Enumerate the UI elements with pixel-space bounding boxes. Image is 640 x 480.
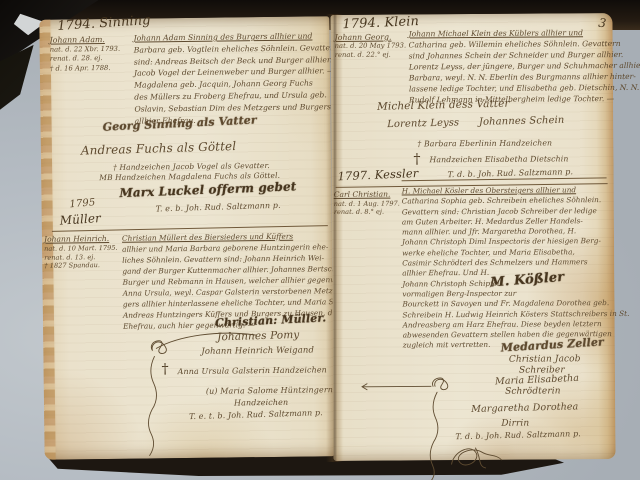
left-page: 1794. Sinning Johann Adam.nat. d. 22 Xbr… xyxy=(39,16,334,460)
signature-father-sinning: Georg Sinning als Vatter xyxy=(102,114,257,133)
entry-body-kessler: H. Michael Kösler des Obersteigers allhi… xyxy=(402,185,611,351)
entry-header-sinning: 1794. Sinning xyxy=(57,14,151,34)
margin-note-johann-adam: Johann Adam.nat. d. 22 Xbr. 1793.renat. … xyxy=(50,35,121,74)
mark-line-barbara-eberlin: † Barbara Eberlinin Handzeichen xyxy=(417,139,552,148)
mark-line-elisabetha-dietschin: Handzeichen Elisabetha Dietschin xyxy=(429,155,568,164)
witness-dirrin: Dirrin xyxy=(501,420,529,430)
open-book: 1794. Sinning Johann Adam.nat. d. 22 Xbr… xyxy=(40,8,616,464)
witness-maria-elisabetha: Maria Elisabetha xyxy=(495,374,579,387)
text-line: renat. d. 22.° ej. xyxy=(335,50,406,59)
margin-note-johann-heinrich: Johann Heinrich.nat. d. 10 Mart. 1795.re… xyxy=(44,235,118,271)
signature-michel-klein: Michel Klein dess Vatter xyxy=(377,99,510,113)
attestation-saltzmann-4: T. d. b. Joh. Rud. Saltzmann p. xyxy=(455,430,581,441)
attestation-saltzmann-1: T. e. b. Joh. Rud. Saltzmann p. xyxy=(156,202,281,214)
text-line: renat. d. 8.° ej. xyxy=(334,208,400,217)
signature-leyss-schein: Lorentz Leyss Johannes Schein xyxy=(387,116,564,131)
text-line: nat. d. 10 Mart. 1795. xyxy=(44,244,118,254)
margin-note-johann-georg: Johann Georg.nat. d. 20 May 1793.renat. … xyxy=(335,32,407,59)
witness-margaretha-dorothea: Margaretha Dorothea xyxy=(471,402,578,415)
text-line: Johann Christoph Diml Inspectoris der hi… xyxy=(402,237,610,249)
entry-body-klein: Johann Michael Klein des Küblers allhier… xyxy=(409,27,608,105)
witness-christian-jacob: Christian Jacob xyxy=(509,355,581,365)
witness-schroedterin: Schrödterin xyxy=(505,387,561,397)
paraph-doodle xyxy=(445,442,509,472)
text-line: † d. 16 Apr. 1788. xyxy=(50,63,121,73)
text-line: am Guten Arbeiter. H. Medardus Zeller Ha… xyxy=(402,216,610,228)
text-line: Oslavin, Sebastian Dim des Metzgers und … xyxy=(134,101,326,115)
text-line: † 1827 Spandau. xyxy=(44,261,118,271)
name-label-mueller: Müller xyxy=(59,212,101,227)
year-label-1795: 1795 xyxy=(69,198,96,211)
text-line: Carl Christian. xyxy=(334,191,400,200)
text-line: nat. d. 20 May 1793. xyxy=(335,41,406,50)
text-line: Casimir Schrödterl des Schmelzers und Ha… xyxy=(402,257,610,269)
ink-flourish-left xyxy=(138,325,265,462)
dagger-mark-icon: † xyxy=(413,152,420,167)
rule-line-right-header xyxy=(402,177,607,181)
entry-body-sinning: Johann Adam Sinning des Burgers allhier … xyxy=(133,30,326,127)
struck-scrawl-line: Marx Luckel offerm gebet xyxy=(119,180,296,199)
signature-godfather-fuchs: Andreas Fuchs als Göttel xyxy=(81,140,237,157)
text-line: nat. d. 22 Xbr. 1793. xyxy=(50,44,121,54)
right-page: 3 1794. Klein Johann Georg.nat. d. 20 Ma… xyxy=(330,13,615,461)
margin-note-carl-christian: Carl Christian.nat. d. 1 Aug. 1797.renat… xyxy=(334,191,400,217)
text-line: nat. d. 1 Aug. 1797. xyxy=(334,199,400,208)
manuscript-photo: 1794. Sinning Johann Adam.nat. d. 22 Xbr… xyxy=(0,0,640,480)
